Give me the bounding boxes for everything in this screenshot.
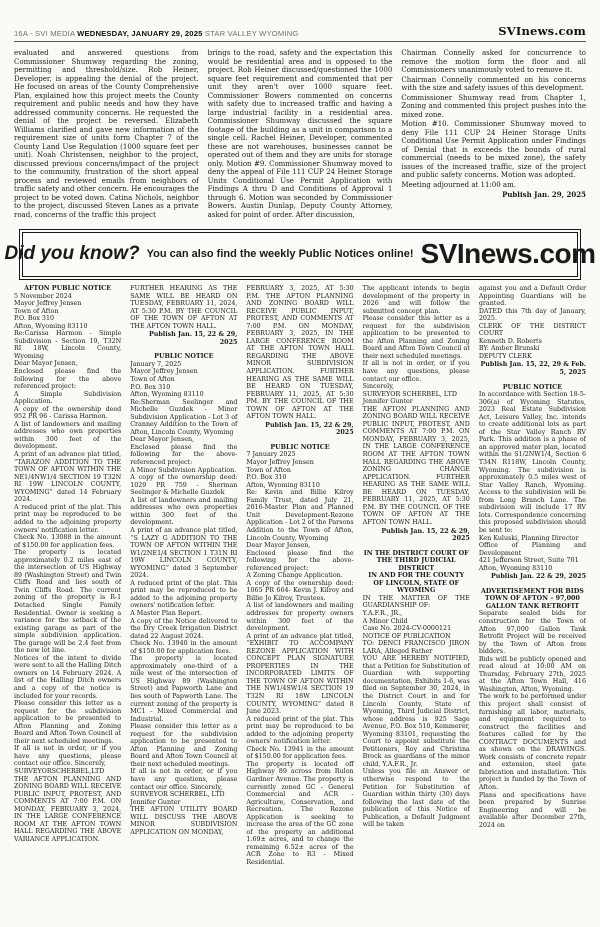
notice-paragraph: A reduced print of the plat. This print … (246, 716, 353, 746)
notice-paragraph: Ken Kuluski, Planning Director (479, 535, 586, 543)
notice-heading: ADVERTISEMENT FOR BIDS (479, 588, 586, 596)
notice-paragraph: DATED this 7th day of January, 2025. (479, 308, 586, 323)
notice-heading: PUBLIC NOTICE (246, 444, 353, 452)
notice-paragraph: A list of landowners and mailing address… (14, 421, 121, 451)
notice-paragraph: YOU ARE HEREBY NOTIFIED, that a Petition… (363, 655, 470, 768)
publish-date-line: Publish Jan. 15, 22 & 29, 2025 (130, 331, 237, 346)
notice-paragraph: Y.A.F.R., JR., (363, 610, 470, 618)
notice-paragraph: Enclosed please find the following for t… (130, 444, 237, 467)
masthead-site-label: SVInews.com (498, 24, 586, 38)
notice-paragraph: A copy of the Notice delivered to the Dr… (130, 618, 237, 641)
notice-paragraph: If all is not in order, or if you have a… (130, 768, 237, 791)
notice-paragraph: A reduced print of the plat. This print … (130, 580, 237, 610)
notice-paragraph: If all is not in order, or if you have a… (363, 360, 470, 383)
article-column-3: Chairman Connelly asked for concurrence … (401, 49, 586, 220)
notice-paragraph: Commissioner Shumway read from Chapter 1… (401, 94, 586, 120)
notice-paragraph: Separate sealed bids for construction fo… (479, 610, 586, 655)
public-notices-section: AFTON PUBLIC NOTICE5 November 2024Mayor … (14, 285, 586, 919)
notice-paragraph: The property is located approximately 0.… (14, 549, 121, 655)
notice-paragraph: If all is not in order, or if you have a… (14, 745, 121, 768)
notice-heading: TOWN OF AFTON – 97,000 GALLON TANK RETRO… (479, 595, 586, 610)
notice-paragraph: Chairman Connelly commented on his conce… (401, 76, 586, 93)
notice-paragraph: Unless you file an Answer or otherwise r… (363, 768, 470, 828)
notice-paragraph: A copy of the ownership deed: 1029 PR 75… (130, 474, 237, 497)
newspaper-page: 16A - SVI MEDIA WEDNESDAY, JANUARY 29, 2… (0, 0, 600, 927)
notice-heading: AFTON PUBLIC NOTICE (14, 285, 121, 293)
notice-paragraph: Dear Mayor Jensen, (14, 360, 121, 368)
notice-paragraph: Meeting adjourned at 11:00 am. (401, 181, 586, 190)
notice-paragraph: Dear Mayor Jensen, (246, 542, 353, 550)
notice-paragraph: Afton, Wyoming 83110 (130, 391, 237, 399)
notice-paragraph: P.O. Box 310 (130, 384, 237, 392)
meeting-minutes-article: evaluated and answered questions from Co… (14, 49, 586, 220)
page-number-label: 16A - SVI MEDIA (14, 29, 75, 38)
notice-paragraph: THE AFTON PLANNING AND ZONING BOARD WILL… (14, 776, 121, 844)
notice-column-1: AFTON PUBLIC NOTICE5 November 2024Mayor … (14, 285, 121, 919)
publish-date-line: Publish Jan. 15, 22, 29 & Feb. 5, 2025 (479, 361, 586, 376)
notice-paragraph: The applicant intends to begin developme… (363, 285, 470, 315)
notice-paragraph: 421 Jefferson Street, Suite 701 (479, 557, 586, 565)
notice-paragraph: A Simple Subdivision Application. (14, 391, 121, 406)
notice-paragraph: CLERK OF THE DISTRICT COURT (479, 323, 586, 338)
notice-paragraph: Re:Carissa Harmon - Simple Subdivision -… (14, 330, 121, 360)
notice-paragraph: FEBRUARY 3, 2025, AT 5:30 P.M. THE AFTON… (246, 285, 353, 421)
notice-paragraph: Check No. 13940 in the amount of $150.00… (130, 640, 237, 655)
masthead: 16A - SVI MEDIA WEDNESDAY, JANUARY 29, 2… (14, 24, 586, 38)
notice-paragraph: A copy of the ownership deed: 1065 PR 66… (246, 580, 353, 603)
notice-paragraph: Afton, Wyoming 83110 (479, 565, 586, 573)
notice-paragraph: Sincerely, (363, 383, 470, 391)
masthead-divider (14, 41, 586, 42)
notice-heading: PUBLIC NOTICE (479, 384, 586, 392)
notice-paragraph: Motion #10. Commissioner Shumway moved t… (401, 120, 586, 180)
notice-paragraph: P.O. Box 310 (246, 474, 353, 482)
notice-paragraph: Jennifer Gunter (363, 398, 470, 406)
notice-paragraph: Bids will be publicly opened and read al… (479, 656, 586, 694)
notice-paragraph: A Minor Subdivision Application. (130, 467, 237, 475)
notice-paragraph: Re:Sherman Seelinger and Michelle Guzdek… (130, 399, 237, 437)
publish-date-line: Publish Jan. 15, 22 & 29, 2025 (246, 422, 353, 437)
notice-paragraph: 5 November 2024 (14, 293, 121, 301)
notice-paragraph: A Zoning Change Application. (246, 572, 353, 580)
publish-date-line: Publish Jan. 29, 2025 (401, 191, 586, 200)
notice-paragraph: DEPUTY CLERK (479, 353, 586, 361)
notice-paragraph: Enclosed please find the following for t… (246, 550, 353, 573)
notice-paragraph: Office of Planning and Development (479, 542, 586, 557)
notice-paragraph: A Minor Child (363, 618, 470, 626)
notice-paragraph: Plans and specifications have been prepa… (479, 792, 586, 830)
notice-paragraph: SURVEYORSCHERBEL,LTD (14, 768, 121, 776)
issue-date: WEDNESDAY, JANUARY 29, 2025 (77, 29, 202, 38)
notice-paragraph: Jennifer Gunter (130, 799, 237, 807)
notice-paragraph: P.O. Box 310 (14, 315, 121, 323)
notice-column-2: FURTHER HEARING AS THE SAME WILL BE HEAR… (130, 285, 237, 919)
notice-paragraph: In accordance with Section 18-5-306(a) o… (479, 391, 586, 534)
notice-paragraph: The property is located approximately on… (130, 655, 237, 723)
notice-paragraph: Check No. 13941 in the amount of $150.00… (246, 746, 353, 761)
notice-paragraph: Mayor Jeffrey Jensen (130, 368, 237, 376)
notice-paragraph: TO: DENCI FRANCISCO JIRON LARA, Alleged … (363, 640, 470, 655)
notice-paragraph: The property is located off Highway 89 a… (246, 761, 353, 867)
notice-heading: PUBLIC NOTICE (130, 353, 237, 361)
notice-paragraph: Chairman Connelly asked for concurrence … (401, 49, 586, 75)
notice-heading: IN THE DISTRICT COURT OF THE THIRD JUDIC… (363, 550, 470, 573)
article-column-2: brings to the road, safety and the expec… (208, 49, 393, 220)
notice-paragraph: Town of Afton (130, 376, 237, 384)
notice-paragraph: IN THE MATTER OF THE GUARDIANSHIP OF: (363, 595, 470, 610)
notice-paragraph: Re: Kevin and Billie Kilroy Family Trust… (246, 489, 353, 542)
notice-paragraph: A list of landowners and mailing address… (246, 602, 353, 632)
notice-paragraph: SURVEYOR SCHERBEL, LTD (130, 791, 237, 799)
notice-paragraph: Mayor Jeffrey Jensen (14, 300, 121, 308)
public-notices-banner: Did you know? You can also find the week… (22, 232, 578, 277)
notice-paragraph: A print of an advance plat titled, “EXHI… (246, 633, 353, 716)
notice-paragraph: evaluated and answered questions from Co… (14, 49, 199, 219)
notice-paragraph: THE AFTON UTILITY BOARD WILL DISCUSS THE… (130, 806, 237, 836)
notice-paragraph: Check No. 13088 in the amount of $150.00… (14, 534, 121, 549)
notice-paragraph: A copy of the ownership deed 952 PR 96 -… (14, 406, 121, 421)
notice-paragraph: A Master Plan Report. (130, 610, 237, 618)
notice-paragraph: A reduced print of the plat. This print … (14, 504, 121, 534)
article-column-1: evaluated and answered questions from Co… (14, 49, 199, 220)
notice-paragraph: brings to the road, safety and the expec… (208, 49, 393, 219)
notice-paragraph: Please consider this letter as a request… (130, 723, 237, 768)
banner-site-label: SVInews.com (421, 238, 596, 270)
notice-paragraph: Please consider this letter as a request… (14, 700, 121, 745)
notice-paragraph: A print of an advance plat titled, “TARA… (14, 451, 121, 504)
notice-paragraph: THE AFTON PLANNING AND ZONING BOARD WILL… (363, 406, 470, 527)
notice-paragraph: FURTHER HEARING AS THE SAME WILL BE HEAR… (130, 285, 237, 330)
region-label: STAR VALLEY WYOMING (205, 29, 299, 38)
notice-paragraph: Please consider this letter as a request… (363, 315, 470, 360)
notice-paragraph: A print of an advance plat titled, “S LA… (130, 527, 237, 580)
publish-date-line: Publish Jan. 15, 22 & 29, 2025 (363, 528, 470, 543)
publish-date-line: Publish Jan. 22 & 29, 2025 (479, 573, 586, 581)
notice-paragraph: against you and a Default Order Appointi… (479, 285, 586, 308)
notice-paragraph: A list of landowners and mailing address… (130, 497, 237, 527)
banner-message: You can also find the weekly Public Noti… (147, 248, 414, 260)
notice-paragraph: Town of Afton (246, 467, 353, 475)
notice-heading: IN AND FOR THE COUNTY OF LINCOLN, STATE … (363, 572, 470, 595)
notice-paragraph: The work to be performed under this proj… (479, 693, 586, 791)
notice-column-3: FEBRUARY 3, 2025, AT 5:30 P.M. THE AFTON… (246, 285, 353, 919)
notice-paragraph: BY: Amber Brunski (479, 345, 586, 353)
notice-paragraph: Case No. 2024-CV-0000121 (363, 625, 470, 633)
notice-column-4: The applicant intends to begin developme… (363, 285, 470, 919)
notice-column-5: against you and a Default Order Appointi… (479, 285, 586, 919)
notice-paragraph: Mayor Jeffrey Jensen (246, 459, 353, 467)
masthead-left: 16A - SVI MEDIA WEDNESDAY, JANUARY 29, 2… (14, 29, 299, 38)
notice-paragraph: NOTICE OF PUBLICATION (363, 633, 470, 641)
notice-paragraph: Dear Mayor Jensen, (130, 436, 237, 444)
banner-lead-text: Did you know? (4, 243, 139, 265)
notice-paragraph: 7 January 2025 (246, 451, 353, 459)
notice-paragraph: Notices of the intent to divide were sen… (14, 655, 121, 700)
notice-paragraph: Enclosed please find the following for t… (14, 368, 121, 391)
